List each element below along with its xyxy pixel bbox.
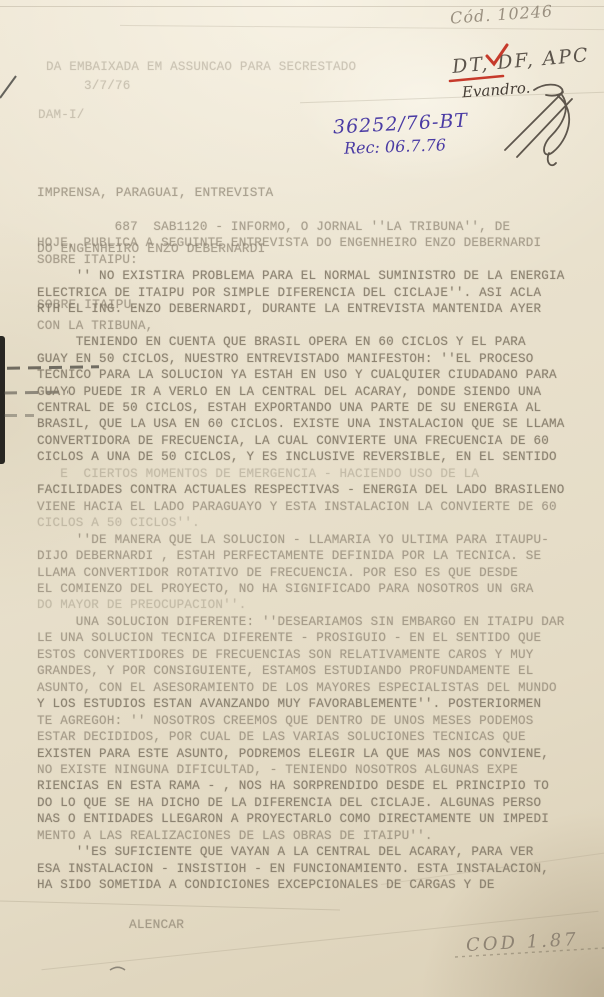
typed-line: TE AGREGOH: '' NOSOTROS CREEMOS QUE DENT… (37, 713, 565, 729)
typed-line: TECNICO PARA LA SOLUCION YA ESTAH EN USO… (37, 367, 565, 383)
paper-crease (300, 92, 604, 104)
typed-line: ESTOS CONVERTIDORES DE FRECUENCIAS SON R… (37, 647, 565, 663)
typed-line: ESA INSTALACION - INSISTIOH - EN FUNCION… (37, 861, 565, 877)
typed-line: CICLOS A 50 CICLOS''. (37, 515, 565, 531)
typed-line: LE UNA SOLUCION TECNICA DIFERENTE - PROS… (37, 630, 565, 646)
typed-line: RTH EL ING. ENZO DEBERNARDI, DURANTE LA … (37, 301, 565, 317)
typed-line: NO EXISTE NINGUNA DIFICULTAD, - TENIENDO… (37, 762, 565, 778)
typed-line: GRANDES, Y POR CONSIGUIENTE, ESTAMOS EST… (37, 663, 565, 679)
typed-line: 687 SAB1120 - INFORMO, O JORNAL ''LA TRI… (37, 219, 565, 235)
typed-line: EXISTEN PARA ESTE ASUNTO, PODREMOS ELEGI… (37, 746, 565, 762)
typed-line: DO LO QUE SE HA DICHO DE LA DIFERENCIA D… (37, 795, 565, 811)
header-division-code: DAM-I/ (38, 108, 85, 122)
typed-line: GUAYO PUEDE IR A VERLO EN LA CENTRAL DEL… (37, 384, 565, 400)
annotation-code-bottom-pencil: COD 1.87 (466, 929, 580, 956)
typed-line: ASUNTO, CON EL ASESORAMIENTO DE LOS MAYO… (37, 680, 565, 696)
paper-crease (120, 25, 604, 30)
typed-line: E CIERTOS MOMENTOS DE EMERGENCIA - HACIE… (37, 466, 565, 482)
typed-line: UNA SOLUCION DIFERENTE: ''DESEARIAMOS SI… (37, 614, 565, 630)
annotation-signature-name: Evandro. (461, 79, 530, 102)
typed-line: CENTRAL DE 50 CICLOS, ESTAH EXPORTANDO U… (37, 400, 565, 416)
typed-line: ''ES SUFICIENTE QUE VAYAN A LA CENTRAL D… (37, 844, 565, 860)
typed-line: GUAY EN 50 CICLOS, NUESTRO ENTREVISTADO … (37, 351, 565, 367)
typed-line: MENTO A LAS REALIZACIONES DE LAS OBRAS D… (37, 828, 565, 844)
typed-line: Y LOS ESTUDIOS ESTAN AVANZANDO MUY FAVOR… (37, 696, 565, 712)
typed-line: HA SIDO SOMETIDA A CONDICIONES EXCEPCION… (37, 877, 565, 893)
annotation-received-date: Rec: 06.7.76 (344, 135, 447, 158)
typed-line: TENIENDO EN CUENTA QUE BRASIL OPERA EN 6… (37, 334, 565, 350)
typed-line: ''DE MANERA QUE LA SOLUCION - LLAMARIA Y… (37, 532, 565, 548)
annotation-registry-number: 36252/76-BT (333, 109, 469, 138)
typed-line: LLAMA CONVERTIDOR ROTATIVO DE FRECUENCIA… (37, 565, 565, 581)
typed-line: '' NO EXISTIRA PROBLEMA PARA EL NORMAL S… (37, 268, 565, 284)
header-origin-line: DA EMBAIXADA EM ASSUNCAO PARA SECRESTADO (46, 60, 356, 74)
annotation-routing-initials: DT, DF, APC (451, 44, 590, 78)
typed-line: BRASIL, QUE LA USA EN 60 CICLOS. EXISTE … (37, 416, 565, 432)
typed-line: FACILIDADES CONTRA ACTUALES RESPECTIVAS … (37, 482, 565, 498)
margin-dash-marks (4, 414, 34, 417)
scan-edge-artifact (0, 76, 16, 98)
header-date: 3/7/76 (84, 79, 131, 93)
typed-line: HOJE, PUBLICA A SEGUINTE ENTREVISTA DO E… (37, 235, 565, 251)
typed-line: DIJO DEBERNARDI , ESTAH PERFECTAMENTE DE… (37, 548, 565, 564)
scan-edge-artifact (0, 336, 5, 464)
subject-line: IMPRENSA, PARAGUAI, ENTREVISTA (37, 184, 273, 203)
paper-crease (0, 901, 340, 911)
typed-line: SOBRE ITAIPU: (37, 252, 565, 268)
typed-line: DO MAYOR DE PREOCUPACION''. (37, 597, 565, 613)
typed-line: CON LA TRIBUNA, (37, 318, 565, 334)
telegram-body-text: 687 SAB1120 - INFORMO, O JORNAL ''LA TRI… (37, 219, 565, 894)
typed-line: ESTAR DECIDIDOS, POR CUAL DE LAS VARIAS … (37, 729, 565, 745)
typed-line: VIENE HACIA EL LADO PARAGUAYO Y ESTA INS… (37, 499, 565, 515)
signoff-alencar: ALENCAR (129, 917, 184, 932)
typed-line: NAS O ENTIDADES LLEGARON A PROYECTARLO C… (37, 811, 565, 827)
typed-line: ELECTRICA DE ITAIPU POR SIMPLE DIFERENCI… (37, 285, 565, 301)
typed-line: RIENCIAS EN ESTA RAMA - , NOS HA SORPREN… (37, 778, 565, 794)
typed-line: EL COMIENZO DEL PROYECTO, NO HA SIGNIFIC… (37, 581, 565, 597)
pen-tick-mark (110, 967, 125, 970)
telegram-document-page: DA EMBAIXADA EM ASSUNCAO PARA SECRESTADO… (0, 0, 604, 997)
typed-line: CICLOS A UNA DE 50 CICLOS, Y ES INCLUSIV… (37, 449, 565, 465)
typed-line: CONVERTIDORA DE FRECUENCIA, LA CUAL CONV… (37, 433, 565, 449)
